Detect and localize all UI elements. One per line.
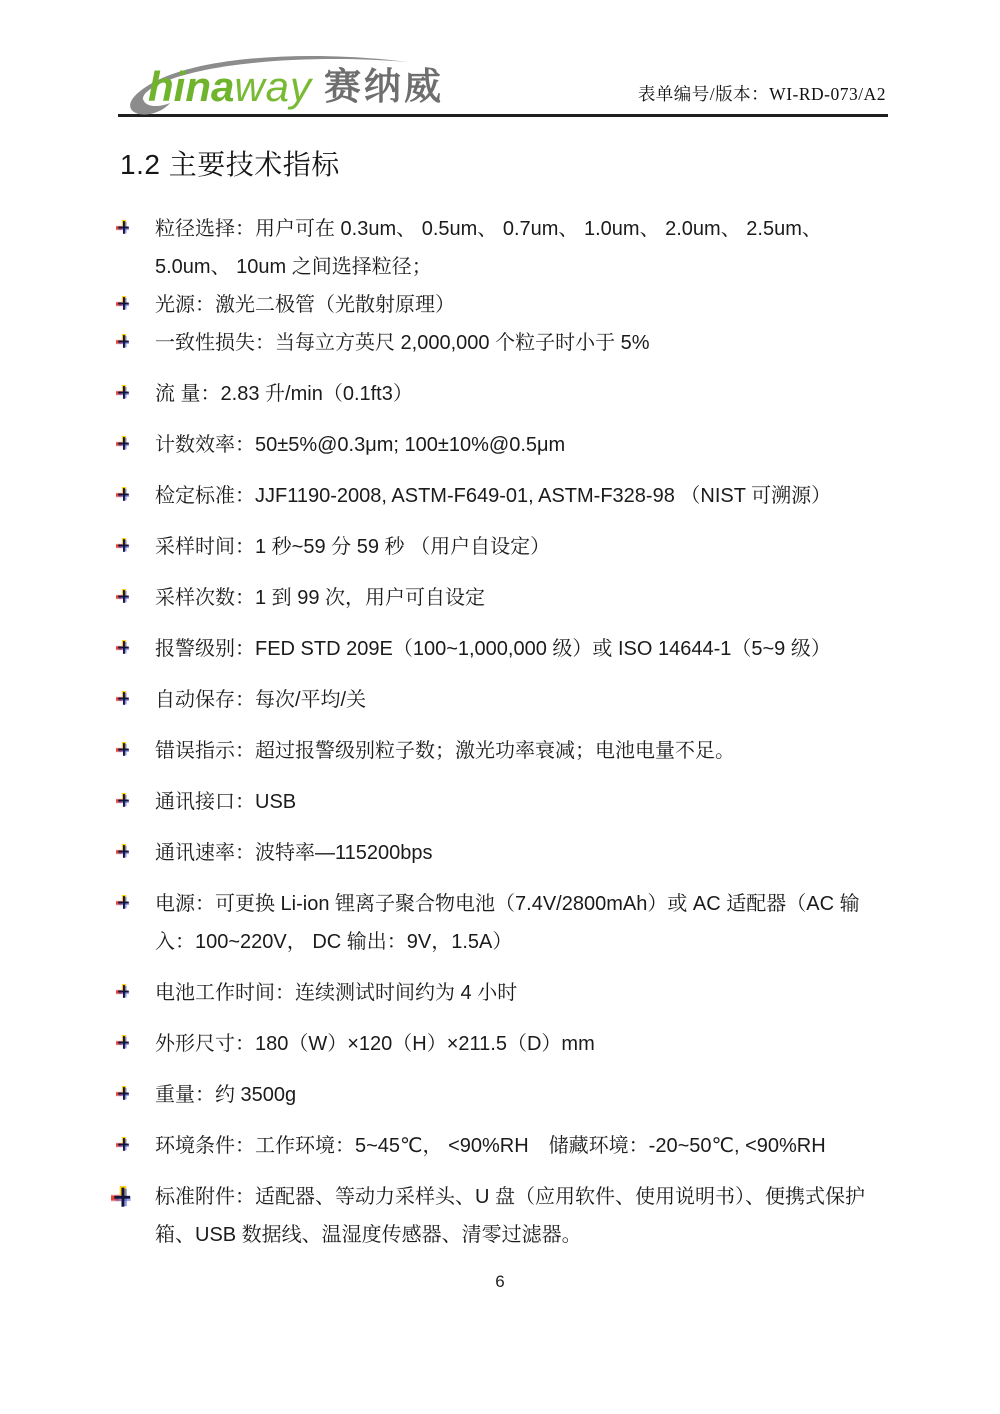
list-item: 通讯接口：USB xyxy=(116,783,888,821)
spec-text: 一致性损失：当每立方英尺 2,000,000 个粒子时小于 5% xyxy=(155,324,888,362)
list-item: 流 量：2.83 升/min（0.1ft3） xyxy=(116,375,888,413)
list-item: 粒径选择：用户可在 0.3um、 0.5um、 0.7um、 1.0um、 2.… xyxy=(116,210,888,286)
spec-text: 自动保存：每次/平均/关 xyxy=(155,681,888,719)
logo-text-hina: hina xyxy=(148,63,234,110)
spec-text: 检定标准：JJF1190-2008, ASTM-F649-01, ASTM-F3… xyxy=(155,477,888,515)
spec-text: 环境条件：工作环境：5~45℃， <90%RH 储藏环境：-20~50℃, <9… xyxy=(155,1127,888,1165)
list-item: 报警级别：FED STD 209E（100~1,000,000 级）或 ISO … xyxy=(116,630,888,668)
list-item: 错误指示：超过报警级别粒子数；激光功率衰减；电池电量不足。 xyxy=(116,732,888,770)
logo-wordmark: hinaway赛纳威 xyxy=(148,66,444,108)
arrow-cross-bullet-icon xyxy=(116,1076,155,1102)
list-item: 计数效率：50±5%@0.3μm; 100±10%@0.5μm xyxy=(116,426,888,464)
spec-text: 采样次数：1 到 99 次，用户可自设定 xyxy=(155,579,888,617)
arrow-cross-bullet-icon xyxy=(116,579,155,605)
logo-text-way: way xyxy=(234,63,312,110)
arrow-cross-bullet-icon xyxy=(116,1127,155,1153)
spec-text: 外形尺寸：180（W）×120（H）×211.5（D）mm xyxy=(155,1025,888,1063)
list-item: 通讯速率：波特率—115200bps xyxy=(116,834,888,872)
list-item: 采样次数：1 到 99 次，用户可自设定 xyxy=(116,579,888,617)
spec-text: 电池工作时间：连续测试时间约为 4 小时 xyxy=(155,974,888,1012)
arrow-cross-bullet-icon xyxy=(116,426,155,452)
page-number: 6 xyxy=(495,1272,504,1291)
arrow-cross-bullet-icon xyxy=(116,1178,155,1210)
list-item: 检定标准：JJF1190-2008, ASTM-F649-01, ASTM-F3… xyxy=(116,477,888,515)
document-page: hinaway赛纳威 表单编号/版本：WI-RD-073/A2 1.2 主要技术… xyxy=(0,0,1000,1414)
spec-text: 通讯接口：USB xyxy=(155,783,888,821)
list-item: 自动保存：每次/平均/关 xyxy=(116,681,888,719)
arrow-cross-bullet-icon xyxy=(116,681,155,707)
list-item: 采样时间：1 秒~59 分 59 秒 （用户自设定） xyxy=(116,528,888,566)
arrow-cross-bullet-icon xyxy=(116,732,155,758)
arrow-cross-bullet-icon xyxy=(116,885,155,911)
list-item: 电池工作时间：连续测试时间约为 4 小时 xyxy=(116,974,888,1012)
spec-text: 标准附件：适配器、等动力采样头、U 盘（应用软件、使用说明书）、便携式保护箱、U… xyxy=(155,1178,888,1254)
arrow-cross-bullet-icon xyxy=(116,783,155,809)
spec-text: 光源：激光二极管（光散射原理） xyxy=(155,286,888,324)
arrow-cross-bullet-icon xyxy=(116,477,155,503)
doc-code-label: 表单编号/版本：WI-RD-073/A2 xyxy=(638,81,886,106)
arrow-cross-bullet-icon xyxy=(116,974,155,1000)
spec-text: 重量：约 3500g xyxy=(155,1076,888,1114)
arrow-cross-bullet-icon xyxy=(116,286,155,312)
list-item: 光源：激光二极管（光散射原理） xyxy=(116,286,888,324)
spec-text: 错误指示：超过报警级别粒子数；激光功率衰减；电池电量不足。 xyxy=(155,732,888,770)
list-item: 重量：约 3500g xyxy=(116,1076,888,1114)
list-item: 一致性损失：当每立方英尺 2,000,000 个粒子时小于 5% xyxy=(116,324,888,362)
chinaway-logo: hinaway赛纳威 xyxy=(118,52,418,114)
list-item: 标准附件：适配器、等动力采样头、U 盘（应用软件、使用说明书）、便携式保护箱、U… xyxy=(116,1178,888,1254)
arrow-cross-bullet-icon xyxy=(116,528,155,554)
arrow-cross-bullet-icon xyxy=(116,1025,155,1051)
spec-text: 流 量：2.83 升/min（0.1ft3） xyxy=(155,375,888,413)
page-header: hinaway赛纳威 表单编号/版本：WI-RD-073/A2 xyxy=(118,0,888,117)
spec-text: 粒径选择：用户可在 0.3um、 0.5um、 0.7um、 1.0um、 2.… xyxy=(155,210,888,286)
page-footer: 6 xyxy=(0,1272,1000,1292)
spec-text: 采样时间：1 秒~59 分 59 秒 （用户自设定） xyxy=(155,528,888,566)
spec-list: 粒径选择：用户可在 0.3um、 0.5um、 0.7um、 1.0um、 2.… xyxy=(116,210,888,1254)
spec-text: 报警级别：FED STD 209E（100~1,000,000 级）或 ISO … xyxy=(155,630,888,668)
list-item: 环境条件：工作环境：5~45℃， <90%RH 储藏环境：-20~50℃, <9… xyxy=(116,1127,888,1165)
spec-text: 计数效率：50±5%@0.3μm; 100±10%@0.5μm xyxy=(155,426,888,464)
arrow-cross-bullet-icon xyxy=(116,834,155,860)
logo-text-chinese: 赛纳威 xyxy=(324,66,444,107)
arrow-cross-bullet-icon xyxy=(116,210,155,236)
section-title: 1.2 主要技术指标 xyxy=(120,143,1000,183)
spec-text: 电源：可更换 Li-ion 锂离子聚合物电池（7.4V/2800mAh）或 AC… xyxy=(155,885,888,961)
list-item: 电源：可更换 Li-ion 锂离子聚合物电池（7.4V/2800mAh）或 AC… xyxy=(116,885,888,961)
spec-text: 通讯速率：波特率—115200bps xyxy=(155,834,888,872)
arrow-cross-bullet-icon xyxy=(116,324,155,350)
arrow-cross-bullet-icon xyxy=(116,375,155,401)
arrow-cross-bullet-icon xyxy=(116,630,155,656)
list-item: 外形尺寸：180（W）×120（H）×211.5（D）mm xyxy=(116,1025,888,1063)
